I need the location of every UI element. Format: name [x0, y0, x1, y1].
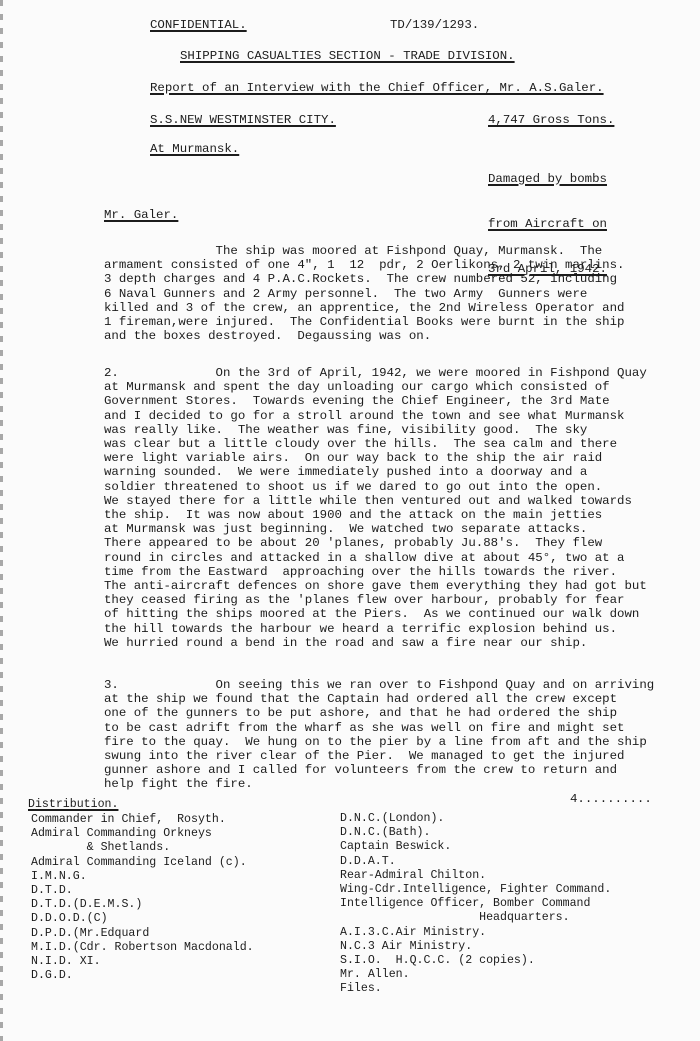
section-title: SHIPPING CASUALTIES SECTION - TRADE DIVI…: [180, 49, 515, 63]
paragraph-3: 3. On seeing this we ran over to Fishpon…: [104, 678, 664, 792]
reference-number: TD/139/1293.: [390, 18, 479, 32]
distribution-list-left: Commander in Chief, Rosyth. Admiral Comm…: [31, 813, 254, 983]
classification-label: CONFIDENTIAL.: [150, 18, 247, 32]
paragraph-1: The ship was moored at Fishpond Quay, Mu…: [104, 244, 664, 343]
tonnage: 4,747 Gross Tons.: [488, 113, 614, 127]
distribution-heading: Distribution.: [28, 798, 118, 812]
report-title: Report of an Interview with the Chief Of…: [150, 81, 604, 95]
ship-name: S.S.NEW WESTMINSTER CITY.: [150, 113, 336, 127]
paragraph-2: 2. On the 3rd of April, 1942, we were mo…: [104, 366, 664, 650]
continuation-marker: 4..........: [570, 792, 652, 806]
document-page: CONFIDENTIAL. TD/139/1293. SHIPPING CASU…: [0, 0, 700, 1041]
location: At Murmansk.: [150, 142, 239, 156]
distribution-list-right: D.N.C.(London). D.N.C.(Bath). Captain Be…: [340, 812, 611, 997]
salutation: Mr. Galer.: [104, 208, 178, 222]
scan-edge: [0, 0, 3, 1041]
